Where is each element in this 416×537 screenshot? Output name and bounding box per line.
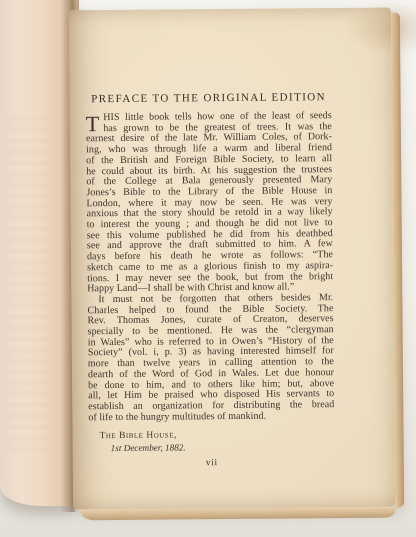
show-through-text	[4, 118, 52, 458]
page-title: PREFACE TO THE ORIGINAL EDITION	[86, 91, 332, 105]
page-number: vii	[89, 458, 335, 470]
imprint: The Bible House, 1st December, 1882.	[89, 430, 335, 455]
drop-cap: T	[86, 113, 104, 134]
page-fore-edge	[391, 13, 404, 508]
text-line: of life to the hungry multitudes of mank…	[88, 411, 334, 424]
paper-stain	[319, 1, 416, 66]
book-photo: PREFACE TO THE ORIGINAL EDITION THIS lit…	[0, 0, 416, 537]
paragraph-1: THIS little book tells how one of the le…	[86, 111, 334, 295]
page-bottom-edge	[80, 507, 395, 521]
page-content: PREFACE TO THE ORIGINAL EDITION THIS lit…	[86, 91, 335, 470]
paragraph-2: It must not be forgotten that others bes…	[87, 293, 334, 424]
imprint-date: 1st December, 1882.	[111, 441, 335, 454]
book-page: PREFACE TO THE ORIGINAL EDITION THIS lit…	[69, 8, 395, 510]
